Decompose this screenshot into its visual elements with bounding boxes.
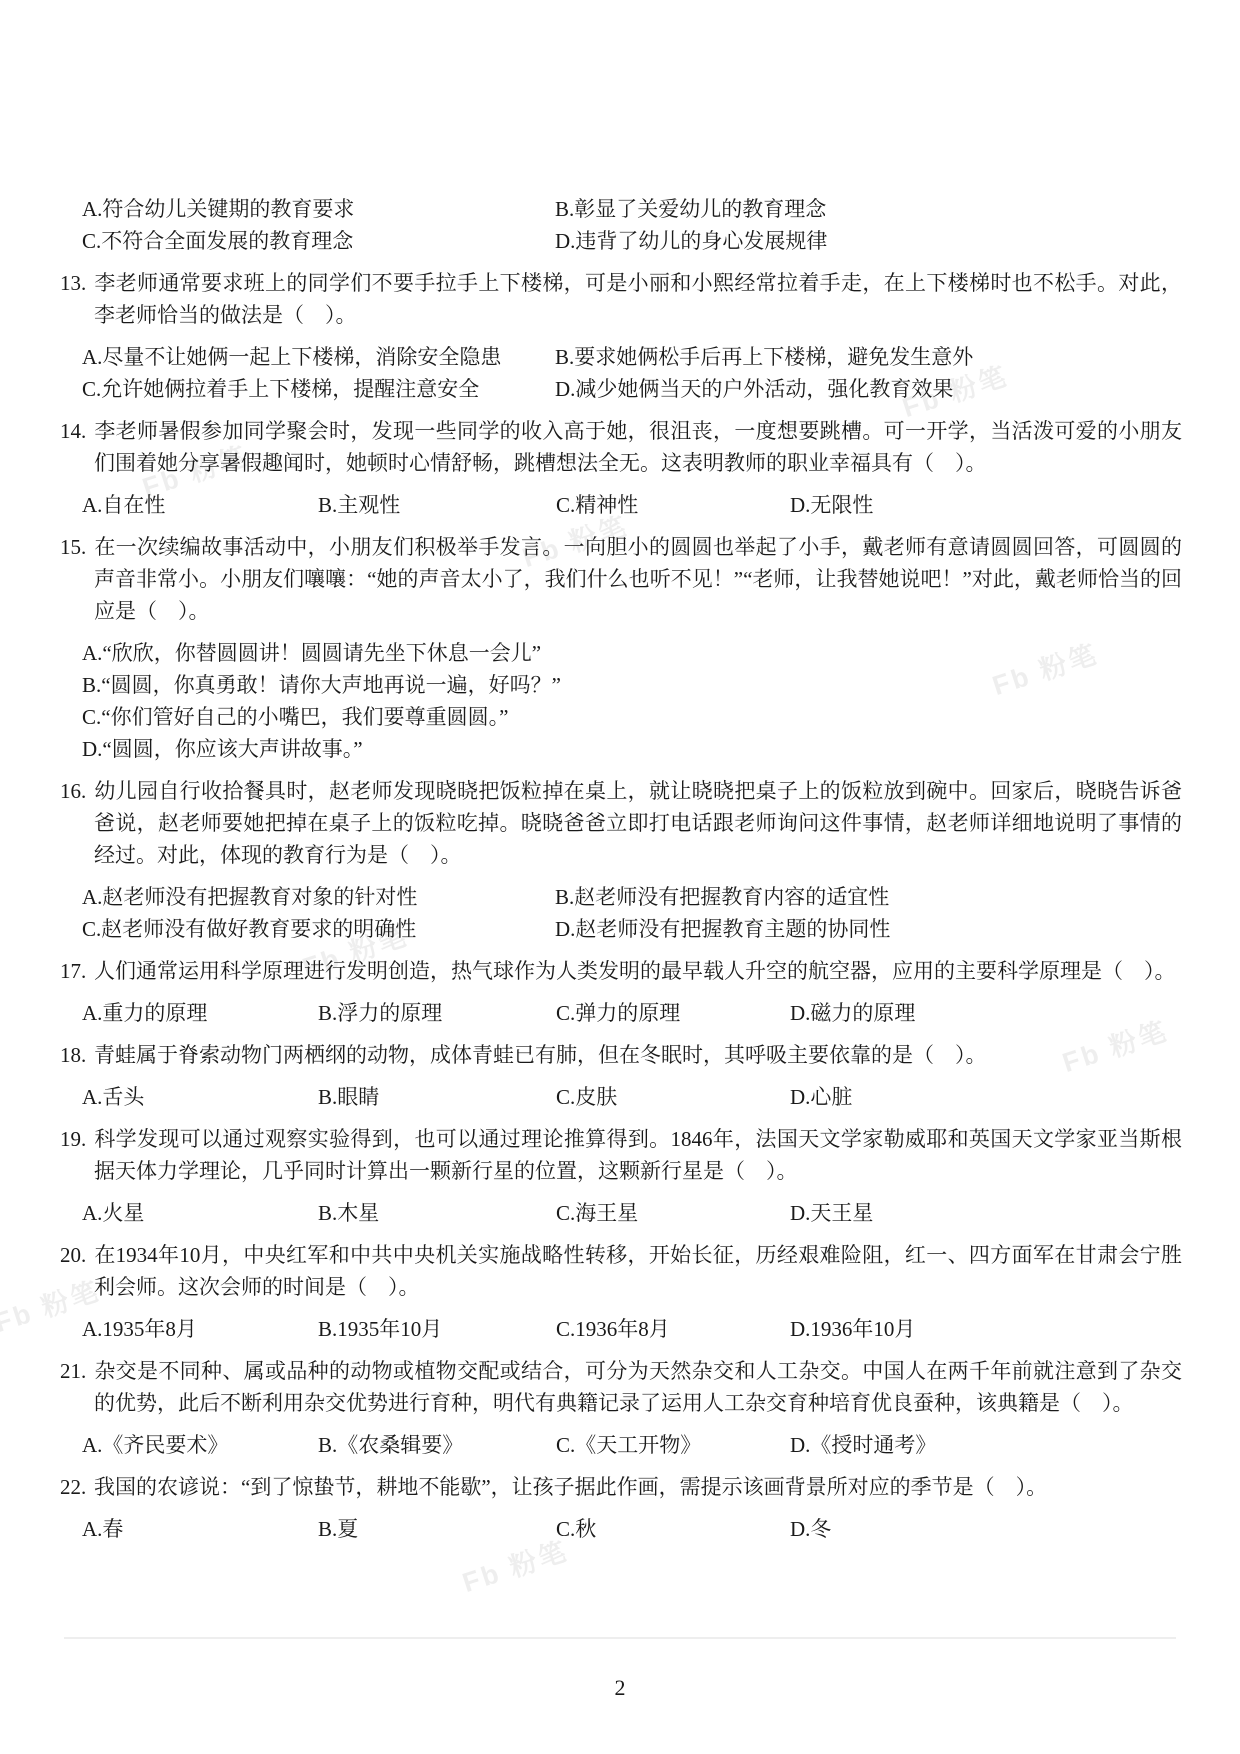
option-d: D.违背了幼儿的身心发展规律: [555, 225, 1200, 257]
question-number: 19.: [60, 1123, 94, 1155]
question-18-stem: 18.青蛙属于脊索动物门两栖纲的动物，成体青蛙已有肺，但在冬眠时，其呼吸主要依靠…: [0, 1039, 1240, 1071]
option-d: D.《授时通考》: [790, 1429, 1200, 1461]
question-text: 青蛙属于脊索动物门两栖纲的动物，成体青蛙已有肺，但在冬眠时，其呼吸主要依靠的是（…: [94, 1043, 987, 1067]
option-c: C.秋: [556, 1513, 790, 1545]
option-c: C.“你们管好自己的小嘴巴，我们要尊重圆圆。”: [82, 701, 1200, 733]
question-15-options: A.“欣欣，你替圆圆讲！圆圆请先坐下休息一会儿” B.“圆圆，你真勇敢！请你大声…: [82, 637, 1240, 765]
option-a: A.舌头: [82, 1081, 318, 1113]
question-number: 14.: [60, 415, 94, 447]
option-b: B.夏: [318, 1513, 556, 1545]
option-a: A.尽量不让她俩一起上下楼梯，消除安全隐患: [82, 341, 555, 373]
option-a: A.火星: [82, 1197, 318, 1229]
question-19-options: A.火星 B.木星 C.海王星 D.天王星: [82, 1197, 1240, 1229]
question-number: 13.: [60, 267, 94, 299]
option-d: D.心脏: [790, 1081, 1200, 1113]
option-a: A.“欣欣，你替圆圆讲！圆圆请先坐下休息一会儿”: [82, 637, 1200, 669]
option-d: D.1936年10月: [790, 1313, 1200, 1345]
question-21-options: A.《齐民要术》 B.《农桑辑要》 C.《天工开物》 D.《授时通考》: [82, 1429, 1240, 1461]
option-a: A.1935年8月: [82, 1313, 318, 1345]
question-text: 李老师暑假参加同学聚会时，发现一些同学的收入高于她，很沮丧，一度想要跳槽。可一开…: [94, 419, 1182, 475]
option-b: B.浮力的原理: [318, 997, 556, 1029]
question-number: 18.: [60, 1039, 94, 1071]
page-number: 2: [0, 1672, 1240, 1704]
question-14-stem: 14.李老师暑假参加同学聚会时，发现一些同学的收入高于她，很沮丧，一度想要跳槽。…: [0, 415, 1240, 479]
question-text: 幼儿园自行收拾餐具时，赵老师发现晓晓把饭粒掉在桌上，就让晓晓把桌子上的饭粒放到碗…: [94, 779, 1182, 867]
question-number: 16.: [60, 775, 94, 807]
option-b: B.主观性: [318, 489, 556, 521]
option-d: D.“圆圆，你应该大声讲故事。”: [82, 733, 1200, 765]
option-c: C.弹力的原理: [556, 997, 790, 1029]
option-a: A.赵老师没有把握教育对象的针对性: [82, 881, 555, 913]
option-b: B.木星: [318, 1197, 556, 1229]
option-b: B.眼睛: [318, 1081, 556, 1113]
question-text: 科学发现可以通过观察实验得到，也可以通过理论推算得到。1846年，法国天文学家勒…: [94, 1127, 1182, 1183]
option-c: C.赵老师没有做好教育要求的明确性: [82, 913, 555, 945]
option-b: B.彰显了关爱幼儿的教育理念: [555, 193, 1200, 225]
question-13-stem: 13.李老师通常要求班上的同学们不要手拉手上下楼梯，可是小丽和小熙经常拉着手走，…: [0, 267, 1240, 331]
question-20: 20.在1934年10月，中央红军和中共中央机关实施战略性转移，开始长征，历经艰…: [0, 1239, 1240, 1345]
question-21: 21.杂交是不同种、属或品种的动物或植物交配或结合，可分为天然杂交和人工杂交。中…: [0, 1355, 1240, 1461]
question-15-stem: 15.在一次续编故事活动中，小朋友们积极举手发言。一向胆小的圆圆也举起了小手，戴…: [0, 531, 1240, 627]
question-16-options: A.赵老师没有把握教育对象的针对性 B.赵老师没有把握教育内容的适宜性 C.赵老…: [82, 881, 1240, 945]
option-d: D.赵老师没有把握教育主题的协同性: [555, 913, 1200, 945]
option-a: A.春: [82, 1513, 318, 1545]
question-16-stem: 16.幼儿园自行收拾餐具时，赵老师发现晓晓把饭粒掉在桌上，就让晓晓把桌子上的饭粒…: [0, 775, 1240, 871]
question-text: 杂交是不同种、属或品种的动物或植物交配或结合，可分为天然杂交和人工杂交。中国人在…: [94, 1359, 1182, 1415]
option-d: D.无限性: [790, 489, 1200, 521]
option-b: B.赵老师没有把握教育内容的适宜性: [555, 881, 1200, 913]
question-number: 17.: [60, 955, 94, 987]
question-19: 19.科学发现可以通过观察实验得到，也可以通过理论推算得到。1846年，法国天文…: [0, 1123, 1240, 1229]
question-20-options: A.1935年8月 B.1935年10月 C.1936年8月 D.1936年10…: [82, 1313, 1240, 1345]
option-b: B.1935年10月: [318, 1313, 556, 1345]
question-14-options: A.自在性 B.主观性 C.精神性 D.无限性: [82, 489, 1240, 521]
exam-content: A.符合幼儿关键期的教育要求 B.彰显了关爱幼儿的教育理念 C.不符合全面发展的…: [0, 193, 1240, 1545]
question-text: 在1934年10月，中央红军和中共中央机关实施战略性转移，开始长征，历经艰难险阻…: [94, 1243, 1182, 1299]
option-b: B.要求她俩松手后再上下楼梯，避免发生意外: [555, 341, 1200, 373]
footer-divider: [64, 1637, 1176, 1639]
question-12-options: A.符合幼儿关键期的教育要求 B.彰显了关爱幼儿的教育理念 C.不符合全面发展的…: [82, 193, 1240, 257]
question-22: 22.我国的农谚说：“到了惊蛰节，耕地不能歇”，让孩子据此作画，需提示该画背景所…: [0, 1471, 1240, 1545]
option-d: D.天王星: [790, 1197, 1200, 1229]
question-number: 22.: [60, 1471, 94, 1503]
option-b: B.“圆圆，你真勇敢！请你大声地再说一遍，好吗？”: [82, 669, 1200, 701]
option-c: C.允许她俩拉着手上下楼梯，提醒注意安全: [82, 373, 555, 405]
option-c: C.不符合全面发展的教育理念: [82, 225, 555, 257]
option-c: C.《天工开物》: [556, 1429, 790, 1461]
option-c: C.1936年8月: [556, 1313, 790, 1345]
question-21-stem: 21.杂交是不同种、属或品种的动物或植物交配或结合，可分为天然杂交和人工杂交。中…: [0, 1355, 1240, 1419]
option-a: A.符合幼儿关键期的教育要求: [82, 193, 555, 225]
question-13: 13.李老师通常要求班上的同学们不要手拉手上下楼梯，可是小丽和小熙经常拉着手走，…: [0, 267, 1240, 405]
question-19-stem: 19.科学发现可以通过观察实验得到，也可以通过理论推算得到。1846年，法国天文…: [0, 1123, 1240, 1187]
question-number: 15.: [60, 531, 94, 563]
question-text: 李老师通常要求班上的同学们不要手拉手上下楼梯，可是小丽和小熙经常拉着手走，在上下…: [94, 271, 1182, 327]
question-17-stem: 17.人们通常运用科学原理进行发明创造，热气球作为人类发明的最早载人升空的航空器…: [0, 955, 1240, 987]
option-d: D.磁力的原理: [790, 997, 1200, 1029]
question-text: 人们通常运用科学原理进行发明创造，热气球作为人类发明的最早载人升空的航空器，应用…: [94, 959, 1176, 983]
question-22-options: A.春 B.夏 C.秋 D.冬: [82, 1513, 1240, 1545]
option-c: C.海王星: [556, 1197, 790, 1229]
option-c: C.皮肤: [556, 1081, 790, 1113]
question-14: 14.李老师暑假参加同学聚会时，发现一些同学的收入高于她，很沮丧，一度想要跳槽。…: [0, 415, 1240, 521]
question-text: 在一次续编故事活动中，小朋友们积极举手发言。一向胆小的圆圆也举起了小手，戴老师有…: [94, 535, 1182, 623]
option-b: B.《农桑辑要》: [318, 1429, 556, 1461]
question-16: 16.幼儿园自行收拾餐具时，赵老师发现晓晓把饭粒掉在桌上，就让晓晓把桌子上的饭粒…: [0, 775, 1240, 945]
option-c: C.精神性: [556, 489, 790, 521]
question-18: 18.青蛙属于脊索动物门两栖纲的动物，成体青蛙已有肺，但在冬眠时，其呼吸主要依靠…: [0, 1039, 1240, 1113]
question-18-options: A.舌头 B.眼睛 C.皮肤 D.心脏: [82, 1081, 1240, 1113]
option-a: A.自在性: [82, 489, 318, 521]
option-d: D.减少她俩当天的户外活动，强化教育效果: [555, 373, 1200, 405]
question-22-stem: 22.我国的农谚说：“到了惊蛰节，耕地不能歇”，让孩子据此作画，需提示该画背景所…: [0, 1471, 1240, 1503]
question-17: 17.人们通常运用科学原理进行发明创造，热气球作为人类发明的最早载人升空的航空器…: [0, 955, 1240, 1029]
option-a: A.重力的原理: [82, 997, 318, 1029]
question-13-options: A.尽量不让她俩一起上下楼梯，消除安全隐患 B.要求她俩松手后再上下楼梯，避免发…: [82, 341, 1240, 405]
question-text: 我国的农谚说：“到了惊蛰节，耕地不能歇”，让孩子据此作画，需提示该画背景所对应的…: [94, 1475, 1047, 1499]
question-20-stem: 20.在1934年10月，中央红军和中共中央机关实施战略性转移，开始长征，历经艰…: [0, 1239, 1240, 1303]
option-a: A.《齐民要术》: [82, 1429, 318, 1461]
exam-page: Fb 粉笔 Fb 粉笔 Fb 粉笔 Fb 粉笔 Fb 粉笔 Fb 粉笔 Fb 粉…: [0, 0, 1240, 1754]
question-number: 21.: [60, 1355, 94, 1387]
question-15: 15.在一次续编故事活动中，小朋友们积极举手发言。一向胆小的圆圆也举起了小手，戴…: [0, 531, 1240, 765]
question-17-options: A.重力的原理 B.浮力的原理 C.弹力的原理 D.磁力的原理: [82, 997, 1240, 1029]
question-number: 20.: [60, 1239, 94, 1271]
option-d: D.冬: [790, 1513, 1200, 1545]
